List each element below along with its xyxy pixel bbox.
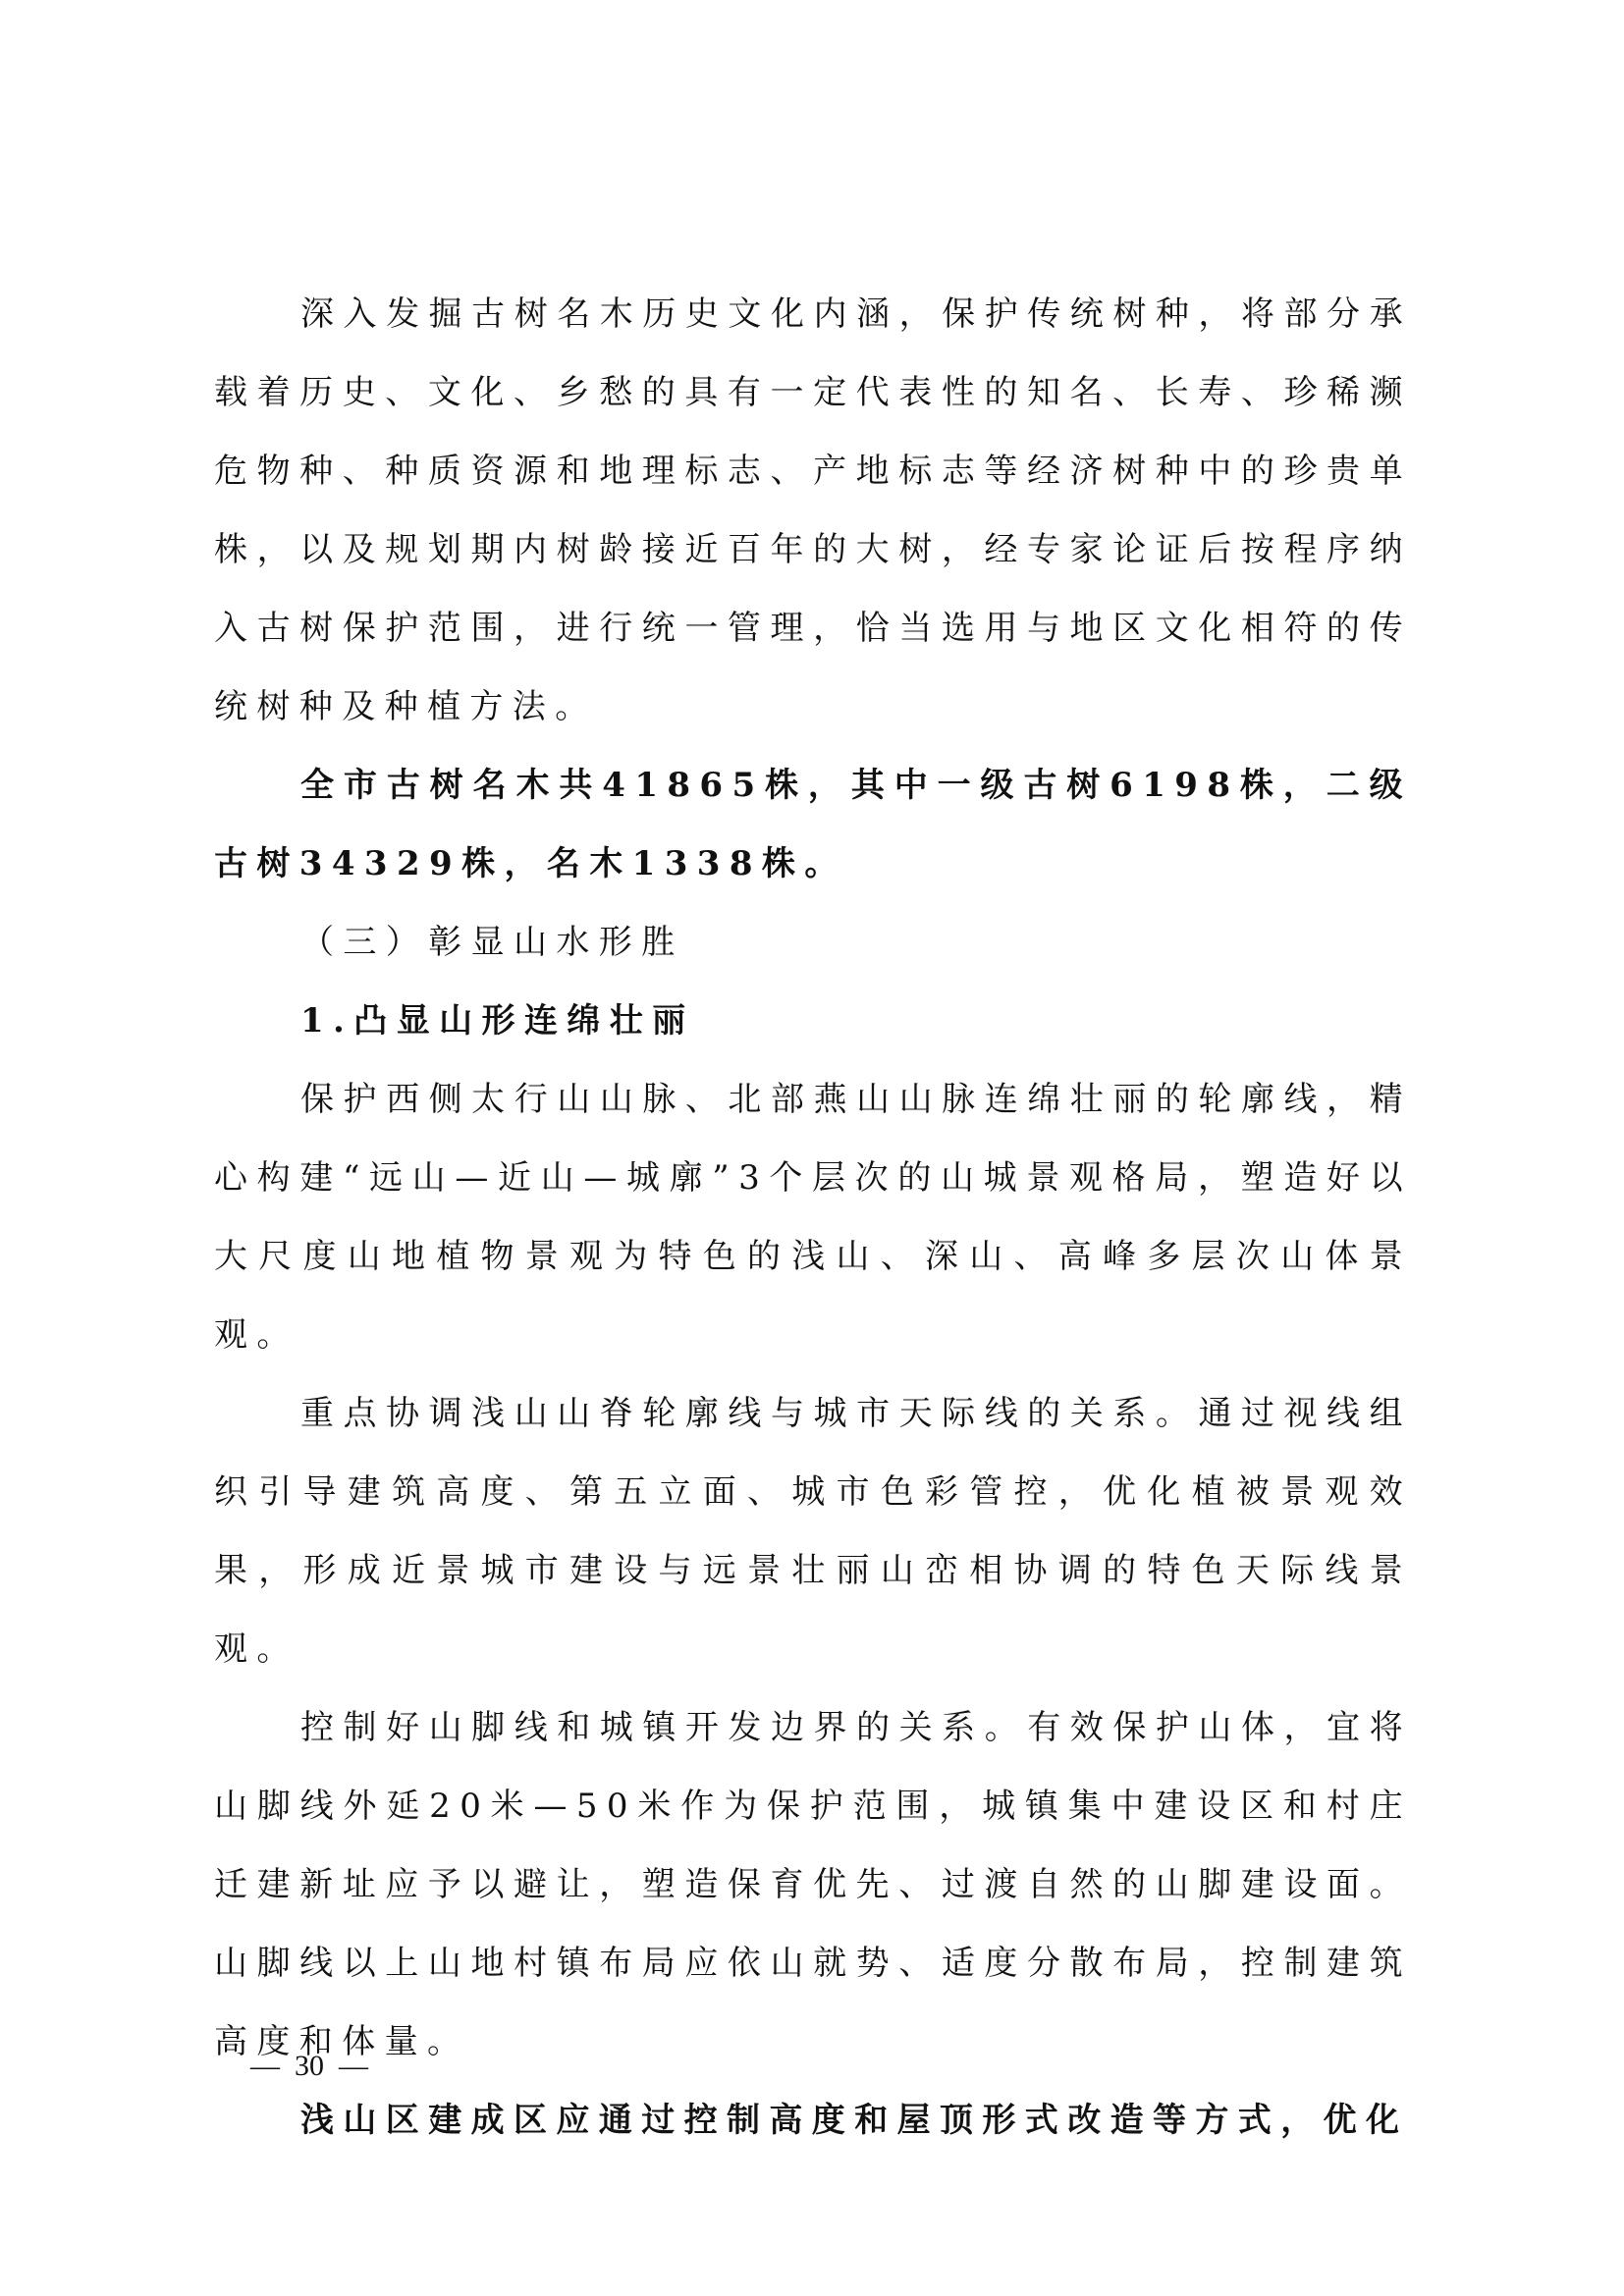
paragraph-mountain-foot-line: 控制好山脚线和城镇开发边界的关系。有效保护山体，宜将山脚线外延20米—50米作为… (214, 1688, 1412, 2081)
section-heading-landscape: （三）彰显山水形胜 (214, 903, 1412, 982)
subsection-heading-mountain-form: 1.凸显山形连绵壮丽 (214, 982, 1412, 1060)
page-number: — 30 — (250, 2047, 368, 2086)
paragraph-mountain-outline: 保护西侧太行山山脉、北部燕山山脉连绵壮丽的轮廓线，精心构建“远山—近山—城廓”3… (214, 1060, 1412, 1374)
paragraph-skyline-coordination: 重点协调浅山山脊轮廓线与城市天际线的关系。通过视线组织引导建筑高度、第五立面、城… (214, 1374, 1412, 1688)
paragraph-shallow-mountain-area: 浅山区建成区应通过控制高度和屋顶形式改造等方式，优化 (214, 2081, 1412, 2160)
paragraph-ancient-tree-statistics: 全市古树名木共41865株，其中一级古树6198株，二级古树34329株，名木1… (214, 746, 1412, 903)
paragraph-ancient-tree-culture: 深入发掘古树名木历史文化内涵，保护传统树种，将部分承载着历史、文化、乡愁的具有一… (214, 275, 1412, 746)
document-page: 深入发掘古树名木历史文化内涵，保护传统树种，将部分承载着历史、文化、乡愁的具有一… (214, 275, 1412, 2160)
